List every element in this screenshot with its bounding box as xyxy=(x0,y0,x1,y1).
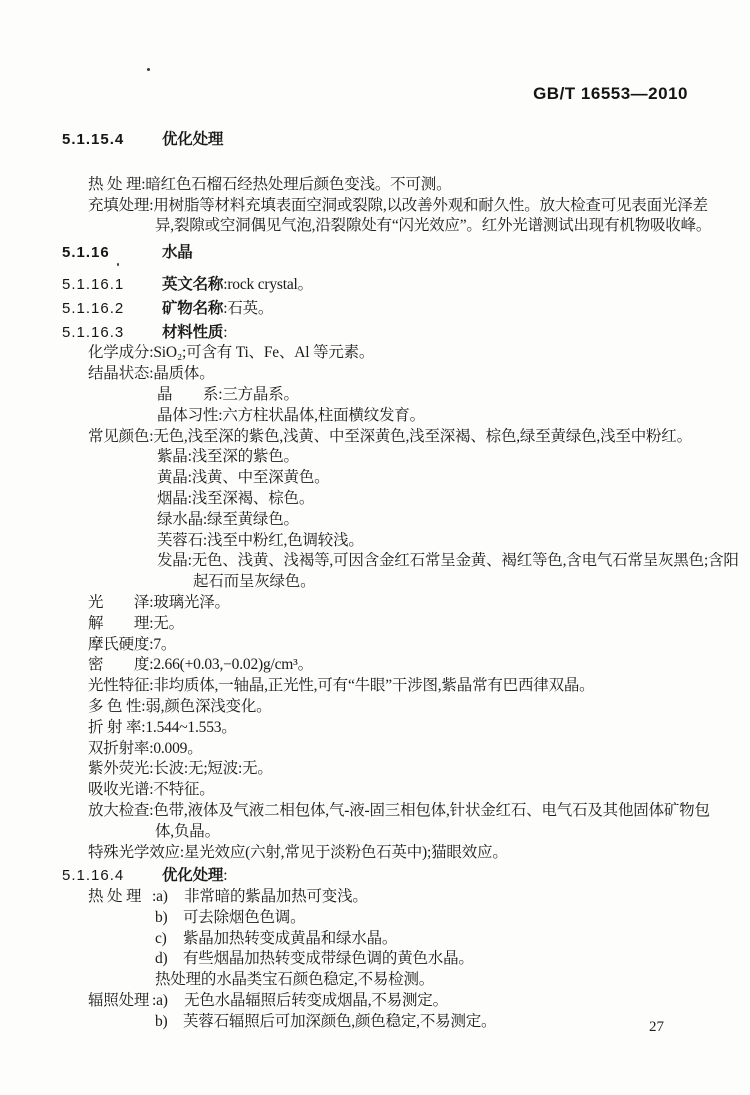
clause-text: 石英。 xyxy=(227,300,273,317)
standard-code-header: GB/T 16553—2010 xyxy=(533,84,688,104)
property-list-line: 辐照处理:a)无色水晶辐照后转变成烟晶,不易测定。 xyxy=(62,991,712,1012)
list-item-text: 可去除烟色色调。 xyxy=(183,909,305,926)
property-label: 折 射 率 xyxy=(88,719,141,736)
property-line: 充填处理:用树脂等材料充填表面空洞或裂隙,以改善外观和耐久性。放大检查可见表面光… xyxy=(62,196,712,217)
sub-property-line: 黄晶:浅黄、中至深黄色。 xyxy=(62,468,712,489)
continuation-line: 体,负晶。 xyxy=(62,822,712,843)
property-label: 化学成分 xyxy=(88,344,149,361)
sub-property-value: 浅黄、中至深黄色。 xyxy=(192,469,330,486)
property-line: 结晶状态:晶质体。 xyxy=(62,364,712,385)
clause-number: 5.1.15.4 xyxy=(62,130,162,151)
list-item-line: d)有些烟晶加热转变成带绿色调的黄色水晶。 xyxy=(62,949,712,970)
property-line: 吸收光谱:不特征。 xyxy=(62,780,712,801)
sub-property-line: 晶体习性:六方柱状晶体,柱面横纹发育。 xyxy=(62,406,712,427)
sub-property-line: 芙蓉石:浅至中粉红,色调较浅。 xyxy=(62,531,712,552)
clause-label: 优化处理 xyxy=(162,867,223,884)
property-label: 多 色 性 xyxy=(88,698,141,715)
list-item-line: b)芙蓉石辐照后可加深颜色,颜色稳定,不易测定。 xyxy=(62,1012,712,1033)
clause-number: 5.1.16.3 xyxy=(62,323,162,344)
property-line: 热 处 理:暗红色石榴石经热处理后颜色变浅。不可测。 xyxy=(62,175,712,196)
property-value: 色带,液体及气液二相包体,气-液-固三相包体,针状金红石、电气石及其他固体矿物包 xyxy=(153,802,709,819)
section-heading: 5.1.16水晶 xyxy=(62,243,712,264)
continuation-line: 起石而呈灰绿色。 xyxy=(62,572,712,593)
sub-property-value: 浅至中粉红,色调较浅。 xyxy=(207,532,364,549)
clause-number: 5.1.16.4 xyxy=(62,866,162,887)
heading-label: 优化处理 xyxy=(162,131,223,148)
property-value: 晶质体。 xyxy=(153,365,214,382)
property-label: 热 处 理 xyxy=(88,887,152,908)
clause-number: 5.1.16 xyxy=(62,243,162,264)
property-value: 1.544~1.553。 xyxy=(145,719,236,736)
section-heading: 5.1.15.4优化处理 xyxy=(62,130,712,151)
clause-label: 材料性质 xyxy=(162,324,223,341)
property-line: 常见颜色:无色,浅至深的紫色,浅黄、中至深黄色,浅至深褐、棕色,绿至黄绿色,浅至… xyxy=(62,427,712,448)
continuation-text: 热处理的水晶类宝石颜色稳定,不易检测。 xyxy=(155,971,434,988)
property-value: 2.66(+0.03,−0.02)g/cm³。 xyxy=(153,656,313,673)
property-label: 摩氏硬度 xyxy=(88,636,149,653)
property-label: 特殊光学效应 xyxy=(88,844,180,861)
property-value: 0.009。 xyxy=(153,740,202,757)
clause-text: rock crystal。 xyxy=(227,276,313,293)
property-line: 光 泽:玻璃光泽。 xyxy=(62,593,712,614)
sub-property-label: 发晶 xyxy=(157,552,188,569)
clause-title-line: 5.1.16.2矿物名称:石英。 xyxy=(62,299,712,320)
clause-label: 英文名称 xyxy=(162,276,223,293)
sub-property-label: 黄晶 xyxy=(157,469,188,486)
property-line: 密 度:2.66(+0.03,−0.02)g/cm³。 xyxy=(62,655,712,676)
property-value: 非常暗的紫晶加热可变浅。 xyxy=(184,888,368,905)
property-line: 特殊光学效应:星光效应(六射,常见于淡粉色石英中);猫眼效应。 xyxy=(62,843,712,864)
property-line: 光性特征:非均质体,一轴晶,正光性,可有“牛眼”干涉图,紫晶常有巴西律双晶。 xyxy=(62,676,712,697)
continuation-text: 体,负晶。 xyxy=(155,823,220,840)
property-value: 用树脂等材料充填表面空洞或裂隙,以改善外观和耐久性。放大检查可见表面光泽差 xyxy=(153,197,707,214)
property-label: 热 处 理 xyxy=(88,176,141,193)
property-label: 充填处理 xyxy=(88,197,149,214)
scan-artifact-dot xyxy=(147,68,150,71)
property-line: 摩氏硬度:7。 xyxy=(62,635,712,656)
sub-property-line: 晶 系:三方晶系。 xyxy=(62,385,712,406)
list-item-text: 紫晶加热转变成黄晶和绿水晶。 xyxy=(183,930,397,947)
property-label: 结晶状态 xyxy=(88,365,149,382)
sub-property-label: 烟晶 xyxy=(157,490,188,507)
list-marker: a) xyxy=(156,887,184,908)
property-line: 双折射率:0.009。 xyxy=(62,739,712,760)
document-page: GB/T 16553—2010 5.1.15.4优化处理热 处 理:暗红色石榴石… xyxy=(0,0,750,1095)
sub-property-value: 六方柱状晶体,柱面横纹发育。 xyxy=(222,407,425,424)
property-value: 弱,颜色深浅变化。 xyxy=(145,698,271,715)
colon: : xyxy=(223,324,227,341)
list-item-line: c)紫晶加热转变成黄晶和绿水晶。 xyxy=(62,929,712,950)
clause-number: 5.1.16.1 xyxy=(62,275,162,296)
property-value: 不特征。 xyxy=(153,781,214,798)
property-value: 7。 xyxy=(153,636,176,653)
page-number: 27 xyxy=(649,1019,664,1036)
sub-property-line: 烟晶:浅至深褐、棕色。 xyxy=(62,489,712,510)
property-label: 辐照处理 xyxy=(88,991,152,1012)
continuation-text: 起石而呈灰绿色。 xyxy=(193,573,315,590)
sub-property-value: 三方晶系。 xyxy=(222,386,299,403)
property-line: 折 射 率:1.544~1.553。 xyxy=(62,718,712,739)
list-marker: d) xyxy=(155,949,183,970)
list-item-text: 有些烟晶加热转变成带绿色调的黄色水晶。 xyxy=(183,950,474,967)
property-label: 放大检查 xyxy=(88,802,149,819)
sub-property-label: 芙蓉石 xyxy=(157,532,203,549)
list-marker: c) xyxy=(155,929,183,950)
clause-title-line: 5.1.16.1英文名称:rock crystal。 xyxy=(62,275,712,296)
property-value: 无色,浅至深的紫色,浅黄、中至深黄色,浅至深褐、棕色,绿至黄绿色,浅至中粉红。 xyxy=(153,428,692,445)
property-value: 暗红色石榴石经热处理后颜色变浅。不可测。 xyxy=(145,176,451,193)
property-label: 光 泽 xyxy=(88,594,149,611)
sub-property-label: 绿水晶 xyxy=(157,511,203,528)
property-label: 解 理 xyxy=(88,615,149,632)
list-item-line: b)可去除烟色色调。 xyxy=(62,908,712,929)
list-marker: b) xyxy=(155,908,183,929)
sub-property-value: 绿至黄绿色。 xyxy=(207,511,299,528)
clause-title-line: 5.1.16.3材料性质: xyxy=(62,323,712,344)
list-item-text: 芙蓉石辐照后可加深颜色,颜色稳定,不易测定。 xyxy=(183,1013,496,1030)
property-label: 吸收光谱 xyxy=(88,781,149,798)
colon: : xyxy=(223,867,227,884)
document-body: 5.1.15.4优化处理热 处 理:暗红色石榴石经热处理后颜色变浅。不可测。充填… xyxy=(62,120,712,1033)
property-value: 非均质体,一轴晶,正光性,可有“牛眼”干涉图,紫晶常有巴西律双晶。 xyxy=(153,677,594,694)
sub-property-label: 晶体习性 xyxy=(157,407,218,424)
sub-property-value: 浅至深的紫色。 xyxy=(192,448,299,465)
clause-number: 5.1.16.2 xyxy=(62,299,162,320)
property-line: 解 理:无。 xyxy=(62,614,712,635)
property-label: 常见颜色 xyxy=(88,428,149,445)
property-value: SiO₂;可含有 Ti、Fe、Al 等元素。 xyxy=(153,344,374,361)
continuation-line: 异,裂隙或空洞偶见气泡,沿裂隙处有“闪光效应”。红外光谱测试出现有机物吸收峰。 xyxy=(62,216,712,237)
property-label: 密 度 xyxy=(88,656,149,673)
property-value: 玻璃光泽。 xyxy=(153,594,230,611)
sub-property-label: 晶 系 xyxy=(157,386,218,403)
continuation-text: 异,裂隙或空洞偶见气泡,沿裂隙处有“闪光效应”。红外光谱测试出现有机物吸收峰。 xyxy=(155,217,711,234)
property-value: 星光效应(六射,常见于淡粉色石英中);猫眼效应。 xyxy=(184,844,508,861)
heading-label: 水晶 xyxy=(162,244,193,261)
sub-property-label: 紫晶 xyxy=(157,448,188,465)
continuation-line: 热处理的水晶类宝石颜色稳定,不易检测。 xyxy=(62,970,712,991)
property-list-line: 热 处 理:a)非常暗的紫晶加热可变浅。 xyxy=(62,887,712,908)
list-marker: a) xyxy=(156,991,184,1012)
property-line: 多 色 性:弱,颜色深浅变化。 xyxy=(62,697,712,718)
property-line: 紫外荧光:长波:无;短波:无。 xyxy=(62,759,712,780)
property-label: 双折射率 xyxy=(88,740,149,757)
property-label: 紫外荧光 xyxy=(88,760,149,777)
property-label: 光性特征 xyxy=(88,677,149,694)
clause-label: 矿物名称 xyxy=(162,300,223,317)
sub-property-line: 发晶:无色、浅黄、浅褐等,可因含金红石常呈金黄、褐红等色,含电气石常呈灰黑色;含… xyxy=(62,551,712,572)
property-value: 长波:无;短波:无。 xyxy=(153,760,272,777)
property-line: 化学成分:SiO₂;可含有 Ti、Fe、Al 等元素。 xyxy=(62,343,712,364)
property-value: 无。 xyxy=(153,615,184,632)
sub-property-line: 绿水晶:绿至黄绿色。 xyxy=(62,510,712,531)
property-value: 无色水晶辐照后转变成烟晶,不易测定。 xyxy=(184,992,448,1009)
sub-property-value: 浅至深褐、棕色。 xyxy=(192,490,314,507)
clause-title-line: 5.1.16.4优化处理: xyxy=(62,866,712,887)
sub-property-value: 无色、浅黄、浅褐等,可因含金红石常呈金黄、褐红等色,含电气石常呈灰黑色;含阳 xyxy=(192,552,739,569)
property-line: 放大检查:色带,液体及气液二相包体,气-液-固三相包体,针状金红石、电气石及其他… xyxy=(62,801,712,822)
list-marker: b) xyxy=(155,1012,183,1033)
sub-property-line: 紫晶:浅至深的紫色。 xyxy=(62,447,712,468)
